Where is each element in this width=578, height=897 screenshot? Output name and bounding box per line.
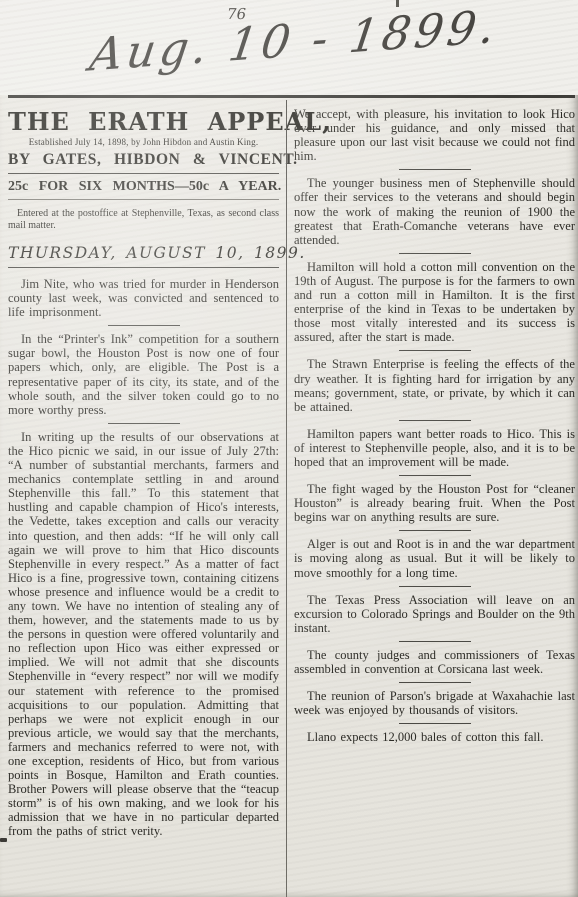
issue-date-line: THURSDAY, AUGUST 10, 1899. [8,244,279,262]
right-column: We accept, with pleasure, his invitation… [287,100,575,897]
article-divider [399,723,471,724]
article-divider [399,586,471,587]
article-divider [399,253,471,254]
column-layout: THE ERATH APPEAL, Established July 14, 1… [8,100,575,897]
established-line: Established July 14, 1898, by John Hibdo… [8,137,279,147]
masthead-rule [8,173,279,174]
article-paragraph: We accept, with pleasure, his invitation… [294,107,575,163]
article-divider [399,475,471,476]
article-divider [399,169,471,170]
top-rule [8,95,575,98]
article-paragraph: The Strawn Enterprise is feeling the eff… [294,357,575,413]
article-paragraph: Hamilton will hold a cotton mill convent… [294,260,575,345]
masthead: THE ERATH APPEAL, Established July 14, 1… [8,107,279,268]
masthead-rule [8,199,279,200]
scan-artifact-mark [0,838,7,842]
article-divider [399,682,471,683]
newspaper-page: 76 Aug. 10 - 1899. THE ERATH APPEAL, Est… [0,0,578,897]
postal-entry-notice: Entered at the postoffice at Stephenvill… [8,208,279,232]
article-divider [108,325,180,326]
article-divider [399,641,471,642]
article-paragraph: The reunion of Parson's brigade at Waxah… [294,689,575,717]
article-paragraph: Jim Nite, who was tried for murder in He… [8,277,279,319]
article-paragraph: The fight waged by the Houston Post for … [294,482,575,524]
newspaper-title: THE ERATH APPEAL, [8,107,279,136]
article-paragraph: In the “Printer's Ink” competition for a… [8,332,279,417]
article-paragraph: Alger is out and Root is in and the war … [294,537,575,579]
left-column: THE ERATH APPEAL, Established July 14, 1… [8,100,286,897]
article-paragraph: The Texas Press Association will leave o… [294,593,575,635]
subscription-price: 25c FOR SIX MONTHS—50c A YEAR. [8,179,279,195]
masthead-rule [8,267,279,268]
article-divider [399,350,471,351]
article-divider [399,420,471,421]
article-paragraph: The county judges and commissioners of T… [294,648,575,676]
article-paragraph: Hamilton papers want better roads to Hic… [294,427,575,469]
article-paragraph: Llano expects 12,000 bales of cotton thi… [294,730,575,744]
article-paragraph: In writing up the results of our observa… [8,430,279,839]
publishers-line: BY GATES, HIBDON & VINCENT. [8,151,279,169]
article-paragraph: The younger business men of Stephenville… [294,176,575,246]
article-divider [108,423,180,424]
article-divider [399,530,471,531]
